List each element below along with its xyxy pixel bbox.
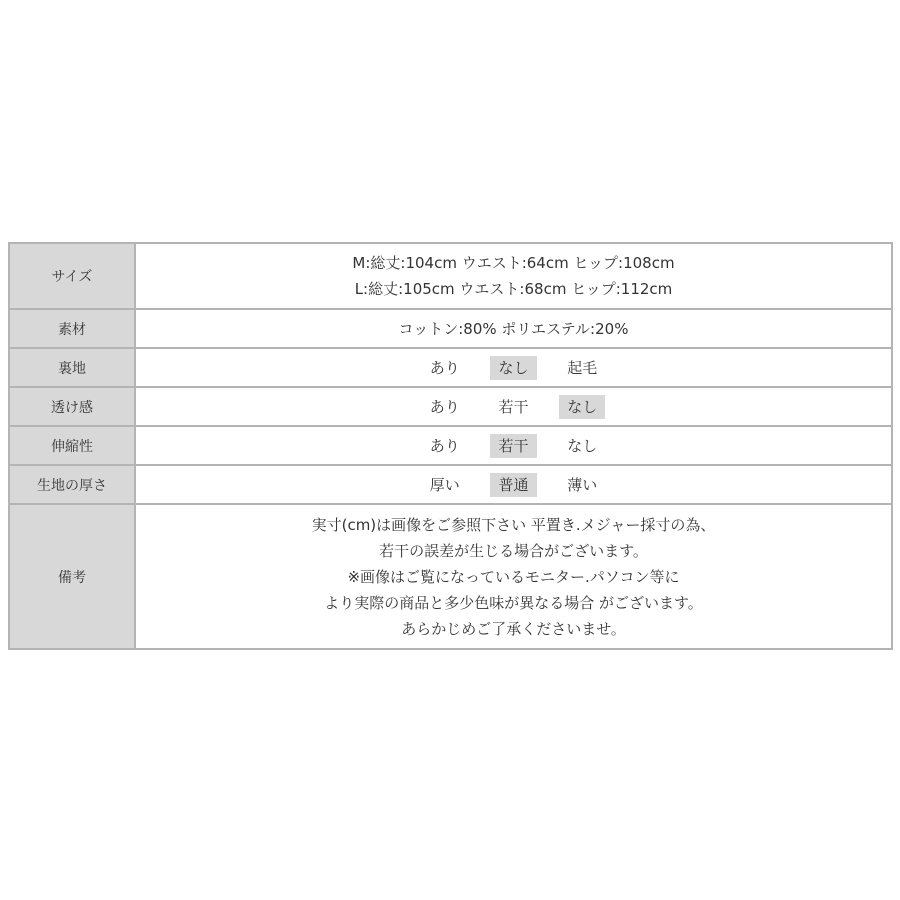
product-spec-table: サイズ M:総丈:104cm ウエスト:64cm ヒップ:108cm L:総丈:… — [8, 242, 893, 650]
spec-row-notes: 備考 実寸(cm)は画像をご参照下さい 平置き.メジャー採寸の為、 若干の誤差が… — [9, 504, 892, 649]
spec-row-size: サイズ M:総丈:104cm ウエスト:64cm ヒップ:108cm L:総丈:… — [9, 243, 892, 309]
spec-value-size: M:総丈:104cm ウエスト:64cm ヒップ:108cm L:総丈:105c… — [135, 243, 892, 309]
spec-value-notes: 実寸(cm)は画像をご参照下さい 平置き.メジャー採寸の為、 若干の誤差が生じる… — [135, 504, 892, 649]
stretch-option-ari: あり — [422, 434, 468, 458]
spec-value-sheerness: あり 若干 なし — [135, 387, 892, 426]
notes-line-1: 実寸(cm)は画像をご参照下さい 平置き.メジャー採寸の為、 — [136, 512, 891, 538]
spec-row-thickness: 生地の厚さ 厚い 普通 薄い — [9, 465, 892, 504]
spec-value-thickness: 厚い 普通 薄い — [135, 465, 892, 504]
spec-value-material: コットン:80% ポリエステル:20% — [135, 309, 892, 348]
lining-option-nashi-selected: なし — [490, 356, 536, 380]
spec-value-lining: あり なし 起毛 — [135, 348, 892, 387]
sheerness-option-ari: あり — [422, 395, 468, 419]
spec-row-stretch: 伸縮性 あり 若干 なし — [9, 426, 892, 465]
notes-line-5: あらかじめご了承くださいませ。 — [136, 616, 891, 642]
stretch-option-jakkan-selected: 若干 — [490, 434, 536, 458]
thickness-option-normal-selected: 普通 — [490, 473, 536, 497]
spec-label-thickness: 生地の厚さ — [9, 465, 135, 504]
size-m-measurements: M:総丈:104cm ウエスト:64cm ヒップ:108cm — [136, 250, 891, 276]
lining-option-kimou: 起毛 — [559, 356, 605, 380]
spec-label-notes: 備考 — [9, 504, 135, 649]
spec-label-stretch: 伸縮性 — [9, 426, 135, 465]
sheerness-option-nashi-selected: なし — [559, 395, 605, 419]
spec-label-size: サイズ — [9, 243, 135, 309]
lining-option-ari: あり — [422, 356, 468, 380]
thickness-option-thick: 厚い — [422, 473, 468, 497]
spec-row-material: 素材 コットン:80% ポリエステル:20% — [9, 309, 892, 348]
notes-line-2: 若干の誤差が生じる場合がございます。 — [136, 538, 891, 564]
spec-label-material: 素材 — [9, 309, 135, 348]
thickness-option-thin: 薄い — [559, 473, 605, 497]
notes-line-3: ※画像はご覧になっているモニター.パソコン等に — [136, 564, 891, 590]
stretch-option-nashi: なし — [559, 434, 605, 458]
sheerness-option-jakkan: 若干 — [490, 395, 536, 419]
spec-value-stretch: あり 若干 なし — [135, 426, 892, 465]
spec-row-lining: 裏地 あり なし 起毛 — [9, 348, 892, 387]
size-l-measurements: L:総丈:105cm ウエスト:68cm ヒップ:112cm — [136, 276, 891, 302]
spec-label-lining: 裏地 — [9, 348, 135, 387]
spec-label-sheerness: 透け感 — [9, 387, 135, 426]
notes-line-4: より実際の商品と多少色味が異なる場合 がございます。 — [136, 590, 891, 616]
spec-row-sheerness: 透け感 あり 若干 なし — [9, 387, 892, 426]
